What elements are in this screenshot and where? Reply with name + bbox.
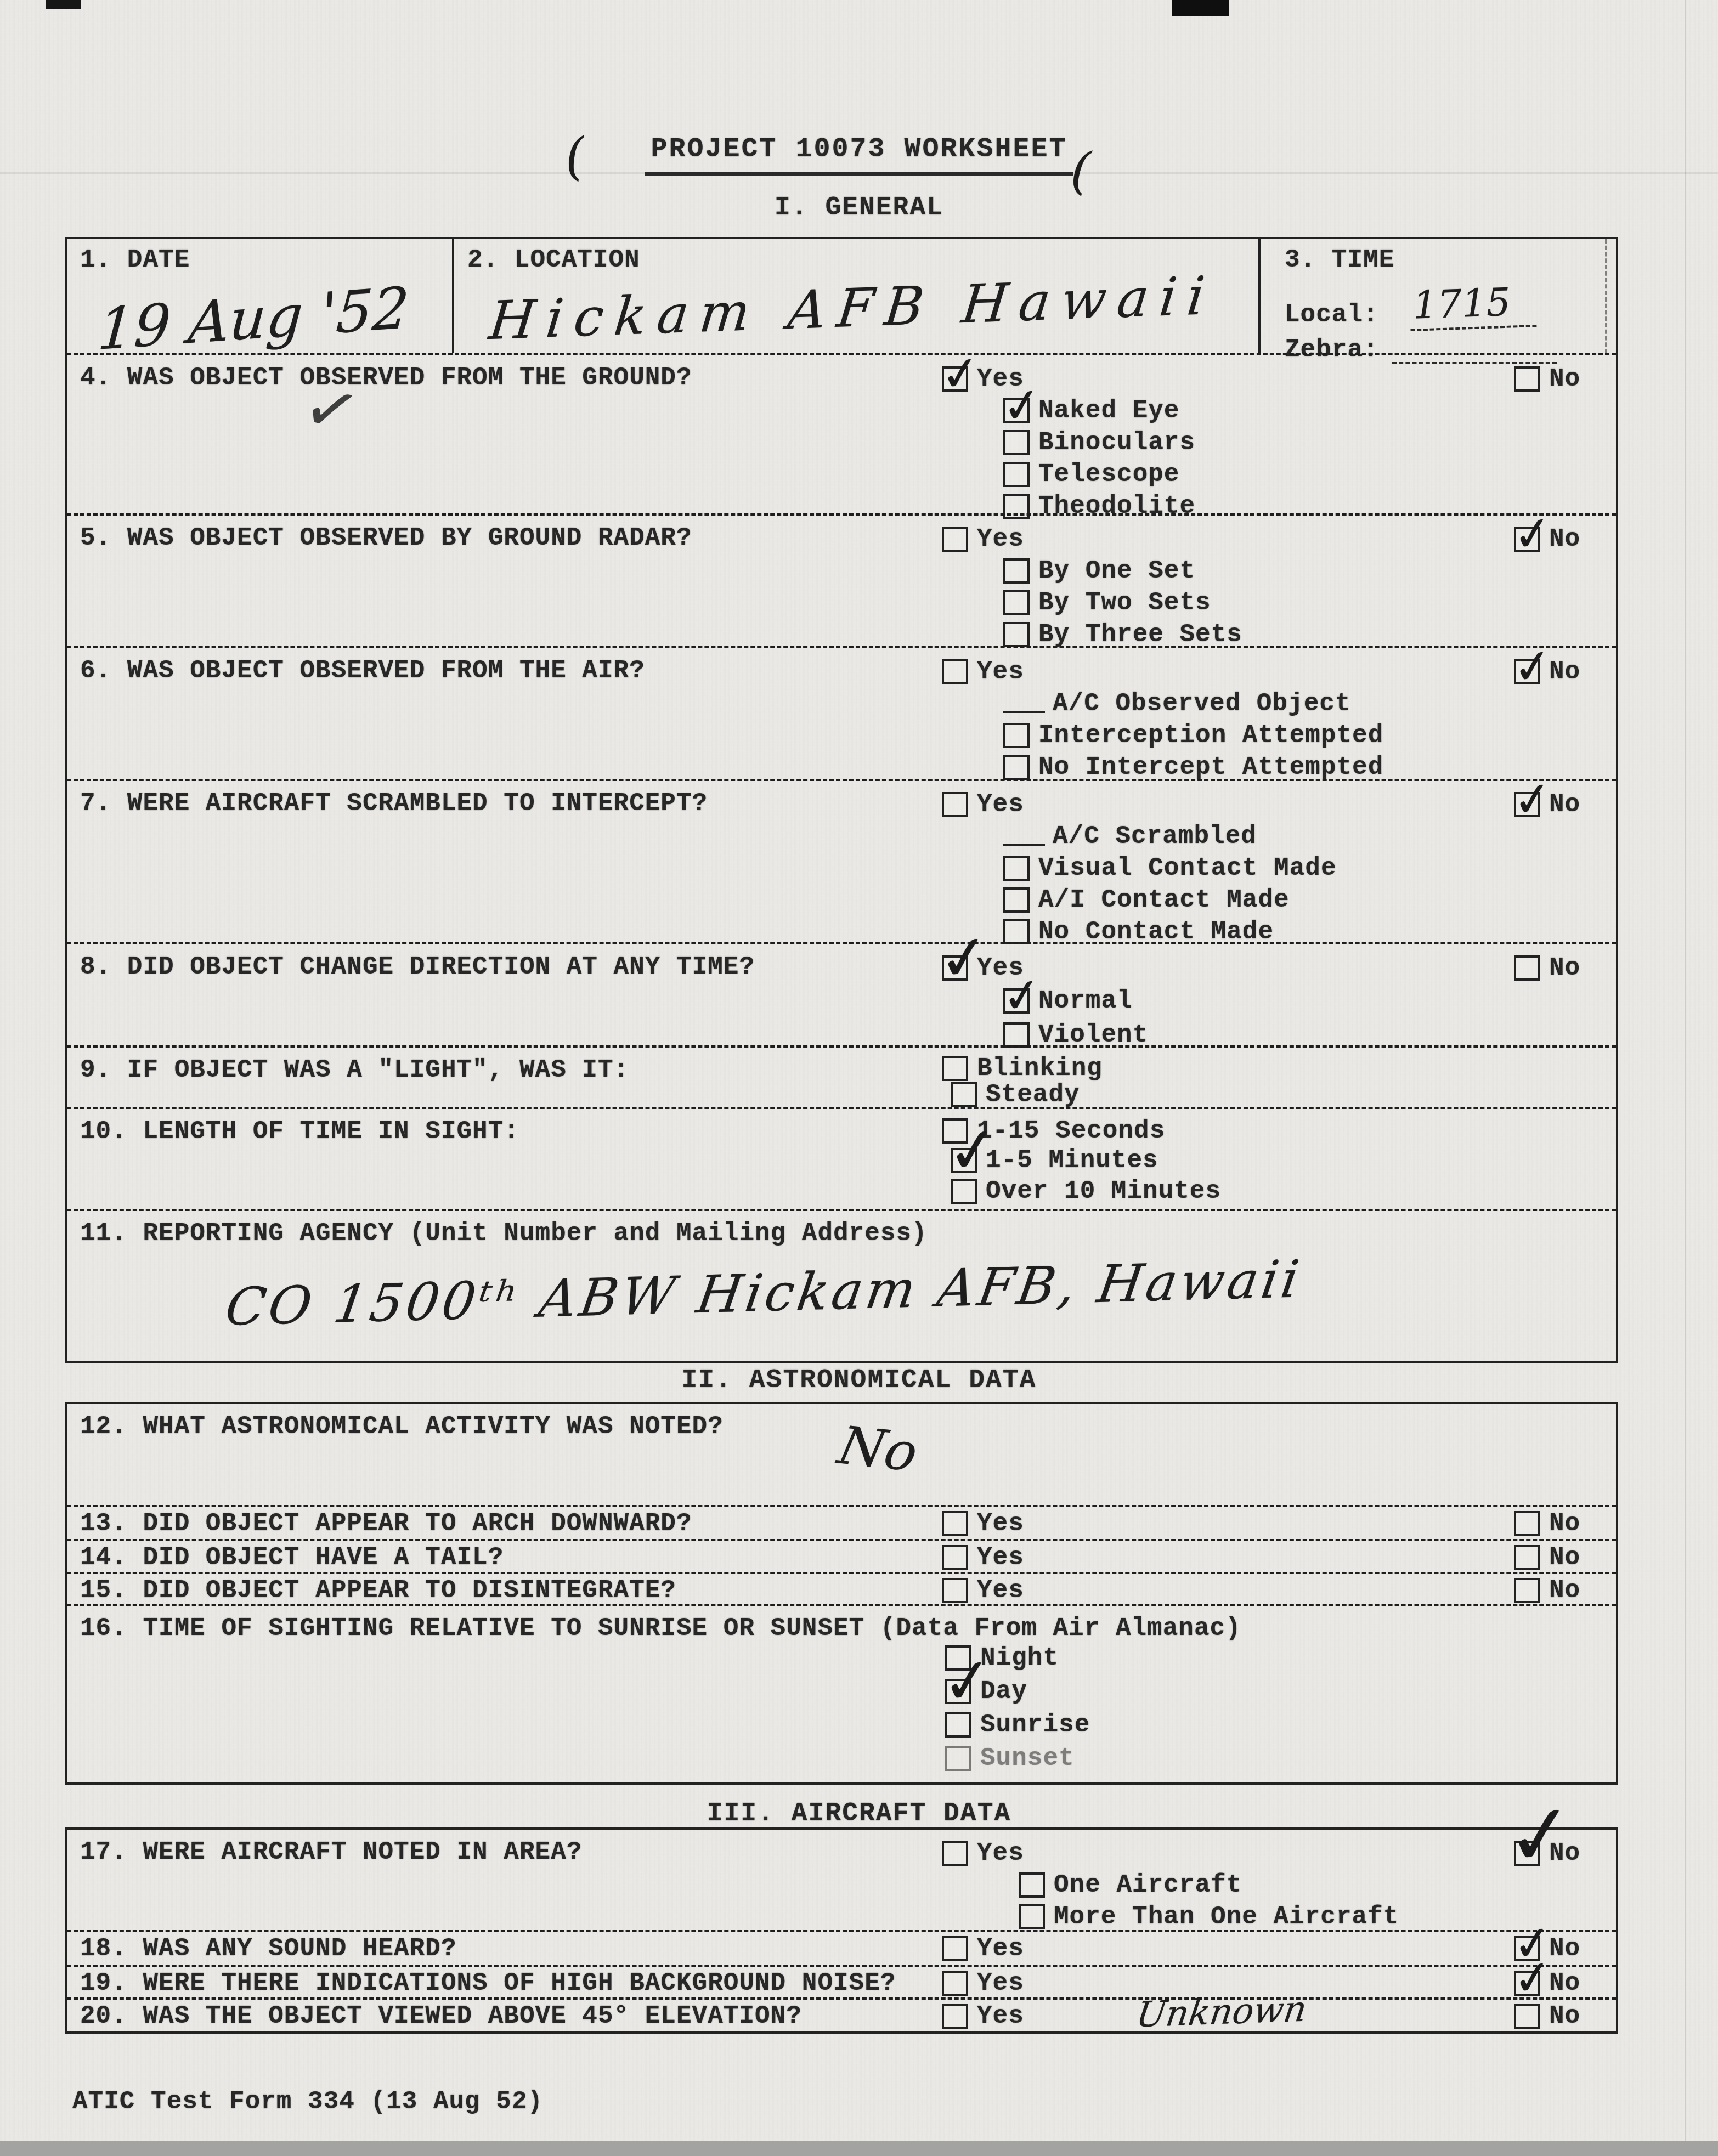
q6-option-label: A/C Observed Object (1053, 689, 1351, 718)
q4-naked-eye-checkbox (1003, 398, 1030, 423)
section-astronomical-table: 12. WHAT ASTRONOMICAL ACTIVITY WAS NOTED… (65, 1402, 1618, 1785)
q8-violent-checkbox (1003, 1022, 1030, 1048)
form-title-row: PROJECT 10073 WORKSHEET (0, 134, 1718, 176)
q14-yes-checkbox (942, 1545, 968, 1570)
q6-yes-checkbox (942, 659, 968, 684)
q7-yes-checkbox (942, 792, 968, 817)
section-general-table: 1. DATE 19 Aug '52 2. LOCATION Hickam AF… (65, 237, 1618, 1363)
question-17-row: 17. WERE AIRCRAFT NOTED IN AREA? Yes One… (67, 1830, 1616, 1930)
scanned-form-page: ( ( PROJECT 10073 WORKSHEET I. GENERAL 1… (0, 0, 1718, 2156)
q9-option-label: Blinking (977, 1054, 1103, 1083)
q20-handwritten-value: Unknown (1134, 1989, 1309, 2035)
q7-yes-label: Yes (977, 790, 1024, 819)
q5-option-label: By Two Sets (1038, 588, 1211, 617)
date-handwritten-value: 19 Aug '52 (95, 274, 411, 364)
question-14-row: 14. DID OBJECT HAVE A TAIL? Yes No (67, 1539, 1616, 1572)
q5-two-sets-checkbox (1003, 590, 1030, 615)
q7-ai-contact-checkbox (1003, 887, 1030, 913)
question-7-label: 7. WERE AIRCRAFT SCRAMBLED TO INTERCEPT? (67, 781, 942, 948)
q7-option-label: A/I Contact Made (1038, 886, 1290, 914)
q18-yes-label: Yes (977, 1934, 1024, 1963)
q18-yes-checkbox (942, 1936, 968, 1961)
question-4-label: 4. WAS OBJECT OBSERVED FROM THE GROUND? (67, 355, 942, 522)
q4-telescope-checkbox (1003, 462, 1030, 487)
q4-binoculars-checkbox (1003, 430, 1030, 455)
pen-mark (304, 372, 309, 377)
q7-no-contact-checkbox (1003, 919, 1030, 944)
question-6-label: 6. WAS OBJECT OBSERVED FROM THE AIR? (67, 648, 942, 783)
q15-yes-label: Yes (977, 1576, 1024, 1605)
q19-yes-checkbox (942, 1971, 968, 1996)
q17-option-label: More Than One Aircraft (1054, 1903, 1399, 1931)
q19-yes-label: Yes (977, 1969, 1024, 1997)
q5-no-checkbox (1514, 527, 1540, 552)
q8-yes-checkbox (942, 955, 968, 981)
question-11-label: 11. REPORTING AGENCY (Unit Number and Ma… (67, 1211, 1616, 1248)
q13-yes-checkbox (942, 1511, 968, 1536)
question-19-row: 19. WERE THERE INDICATIONS OF HIGH BACKG… (67, 1965, 1616, 1997)
scan-bottom-band (0, 2141, 1718, 2156)
question-10-row: 10. LENGTH OF TIME IN SIGHT: 1-15 Second… (67, 1107, 1616, 1209)
question-14-label: 14. DID OBJECT HAVE A TAIL? (67, 1541, 942, 1572)
q16-sunrise-checkbox (945, 1712, 971, 1738)
q8-normal-checkbox (1003, 988, 1030, 1014)
q4-option-label: Binoculars (1038, 428, 1195, 457)
question-8-row: 8. DID OBJECT CHANGE DIRECTION AT ANY TI… (67, 942, 1616, 1045)
q8-no-label: No (1549, 954, 1580, 982)
q13-no-label: No (1549, 1509, 1580, 1538)
q20-no-checkbox (1514, 2004, 1540, 2029)
q15-no-label: No (1549, 1576, 1580, 1605)
q17-yes-checkbox (942, 1841, 968, 1866)
q17-more-aircraft-checkbox (1019, 1904, 1045, 1929)
question-13-row: 13. DID OBJECT APPEAR TO ARCH DOWNWARD? … (67, 1505, 1616, 1539)
q6-yes-label: Yes (977, 658, 1024, 686)
blank-line-prefix (1003, 827, 1045, 846)
q4-no-checkbox (1514, 366, 1540, 392)
q4-option-label: Naked Eye (1038, 397, 1179, 425)
question-9-row: 9. IF OBJECT WAS A "LIGHT", WAS IT: Blin… (67, 1045, 1616, 1107)
question-4-row: 4. WAS OBJECT OBSERVED FROM THE GROUND? … (67, 353, 1616, 513)
q14-yes-label: Yes (977, 1543, 1024, 1572)
q16-day-checkbox (945, 1679, 971, 1704)
q10-over10-checkbox (951, 1179, 977, 1204)
q9-blinking-checkbox (942, 1056, 968, 1081)
dashed-cell-edge (1605, 239, 1607, 353)
section-heading-astronomical: II. ASTRONOMICAL DATA (0, 1366, 1718, 1395)
q6-option-label: Interception Attempted (1038, 721, 1383, 750)
q8-no-checkbox (1514, 955, 1540, 981)
q4-yes-checkbox (942, 366, 968, 392)
q9-option-label: Steady (986, 1080, 1080, 1109)
section-heading-aircraft: III. AIRCRAFT DATA (0, 1799, 1718, 1829)
q14-no-label: No (1549, 1543, 1580, 1572)
question-20-label: 20. WAS THE OBJECT VIEWED ABOVE 45° ELEV… (67, 2000, 942, 2031)
q20-yes-checkbox (942, 2004, 968, 2029)
question-9-label: 9. IF OBJECT WAS A "LIGHT", WAS IT: (67, 1048, 942, 1108)
q5-option-label: By One Set (1038, 557, 1195, 585)
question-8-label: 8. DID OBJECT CHANGE DIRECTION AT ANY TI… (67, 944, 942, 1052)
question-5-row: 5. WAS OBJECT OBSERVED BY GROUND RADAR? … (67, 513, 1616, 646)
astronomical-handwritten-value: No (833, 1415, 923, 1484)
q5-one-set-checkbox (1003, 558, 1030, 584)
time-cell: 3. TIME Local: 1715 Zebra: (1258, 239, 1616, 353)
section-aircraft-table: 17. WERE AIRCRAFT NOTED IN AREA? Yes One… (65, 1827, 1618, 2034)
question-17-label: 17. WERE AIRCRAFT NOTED IN AREA? (67, 1830, 942, 1933)
date-label: 1. DATE (80, 246, 452, 274)
q17-yes-label: Yes (977, 1839, 1024, 1868)
time-local-handwritten-value: 1715 (1409, 279, 1536, 331)
q16-sunset-checkbox (945, 1746, 971, 1771)
q4-option-label: Telescope (1038, 460, 1179, 489)
q17-option-label: One Aircraft (1054, 1871, 1242, 1899)
question-18-label: 18. WAS ANY SOUND HEARD? (67, 1932, 942, 1965)
q5-option-label: By Three Sets (1038, 620, 1242, 649)
section-heading-general: I. GENERAL (0, 193, 1718, 223)
q7-visual-contact-checkbox (1003, 856, 1030, 881)
question-13-label: 13. DID OBJECT APPEAR TO ARCH DOWNWARD? (67, 1507, 942, 1539)
q7-option-label: A/C Scrambled (1053, 822, 1257, 851)
time-local-label: Local: (1285, 301, 1379, 329)
q5-yes-checkbox (942, 527, 968, 552)
question-15-label: 15. DID OBJECT APPEAR TO DISINTEGRATE? (67, 1574, 942, 1604)
q5-three-sets-checkbox (1003, 622, 1030, 647)
q10-minutes-checkbox (951, 1148, 977, 1173)
q13-yes-label: Yes (977, 1509, 1024, 1538)
question-16-label: 16. TIME OF SIGHTING RELATIVE TO SUNRISE… (67, 1606, 1616, 1643)
q10-option-label: Over 10 Minutes (986, 1177, 1221, 1206)
question-12-row: 12. WHAT ASTRONOMICAL ACTIVITY WAS NOTED… (67, 1404, 1616, 1505)
q6-interception-checkbox (1003, 723, 1030, 748)
q6-no-checkbox (1514, 659, 1540, 684)
time-label: 3. TIME (1285, 246, 1616, 274)
q19-no-checkbox (1514, 1971, 1540, 1996)
q4-no-label: No (1549, 365, 1580, 393)
question-19-label: 19. WERE THERE INDICATIONS OF HIGH BACKG… (67, 1967, 942, 1997)
question-11-row: 11. REPORTING AGENCY (Unit Number and Ma… (67, 1209, 1616, 1361)
q17-no-checkbox (1514, 1841, 1540, 1866)
q15-yes-checkbox (942, 1578, 968, 1603)
q8-option-label: Normal (1038, 987, 1133, 1015)
q5-yes-label: Yes (977, 525, 1024, 553)
form-title: PROJECT 10073 WORKSHEET (645, 134, 1072, 176)
question-10-label: 10. LENGTH OF TIME IN SIGHT: (67, 1109, 942, 1209)
q20-yes-label: Yes (977, 2002, 1024, 2030)
q17-one-aircraft-checkbox (1019, 1872, 1045, 1898)
reporting-agency-handwritten-value: CO 1500ᵗʰ ABW Hickam AFB, Hawaii (222, 1249, 1306, 1338)
q13-no-checkbox (1514, 1511, 1540, 1536)
q15-no-checkbox (1514, 1578, 1540, 1603)
q6-option-label: No Intercept Attempted (1038, 753, 1383, 782)
question-5-label: 5. WAS OBJECT OBSERVED BY GROUND RADAR? (67, 516, 942, 650)
scan-artifact (46, 0, 81, 9)
date-cell: 1. DATE 19 Aug '52 (67, 239, 452, 353)
header-row: 1. DATE 19 Aug '52 2. LOCATION Hickam AF… (67, 239, 1616, 353)
question-18-row: 18. WAS ANY SOUND HEARD? Yes No (67, 1930, 1616, 1965)
question-7-row: 7. WERE AIRCRAFT SCRAMBLED TO INTERCEPT?… (67, 779, 1616, 942)
location-cell: 2. LOCATION Hickam AFB Hawaii (452, 239, 1258, 353)
q16-option-label: Sunrise (980, 1711, 1090, 1739)
q6-no-intercept-checkbox (1003, 755, 1030, 780)
q16-option-label: Sunset (980, 1744, 1075, 1773)
question-20-row: 20. WAS THE OBJECT VIEWED ABOVE 45° ELEV… (67, 1997, 1616, 2031)
blank-line-prefix (1003, 694, 1045, 713)
question-6-row: 6. WAS OBJECT OBSERVED FROM THE AIR? Yes… (67, 646, 1616, 779)
scan-artifact (1172, 0, 1229, 16)
location-handwritten-value: Hickam AFB Hawaii (486, 265, 1218, 352)
question-16-row: 16. TIME OF SIGHTING RELATIVE TO SUNRISE… (67, 1604, 1616, 1782)
q20-no-label: No (1549, 2002, 1580, 2030)
q10-option-label: 1-15 Seconds (977, 1117, 1165, 1145)
q7-no-checkbox (1514, 792, 1540, 817)
q10-option-label: 1-5 Minutes (986, 1146, 1158, 1175)
q14-no-checkbox (1514, 1545, 1540, 1570)
q9-steady-checkbox (951, 1082, 977, 1107)
form-footer: ATIC Test Form 334 (13 Aug 52) (72, 2087, 543, 2116)
question-15-row: 15. DID OBJECT APPEAR TO DISINTEGRATE? Y… (67, 1572, 1616, 1604)
q7-option-label: Visual Contact Made (1038, 854, 1337, 882)
scan-edge-shadow (1685, 0, 1686, 2156)
